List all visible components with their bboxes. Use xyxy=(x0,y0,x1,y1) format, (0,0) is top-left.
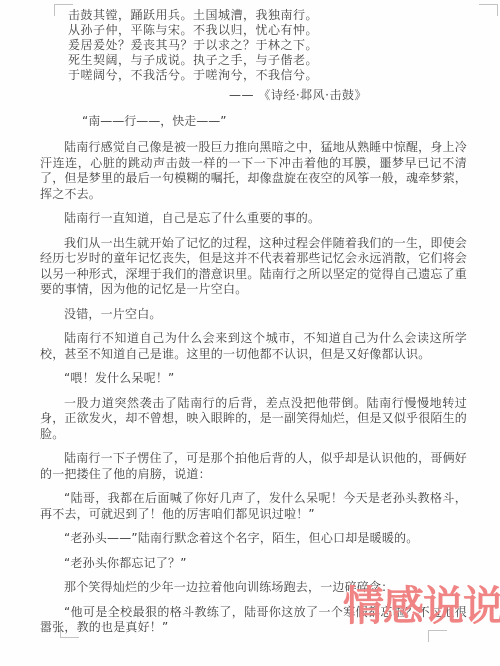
shout-line: “南——行——，快走——” xyxy=(40,114,467,129)
story-paragraph: 陆南行一直知道，自己是忘了什么重要的事的。 xyxy=(40,211,467,227)
story-paragraph: 陆南行感觉自己像是被一股巨力推向黑暗之中，猛地从熟睡中惊醒，身上冷汗连连，心脏的… xyxy=(40,140,467,202)
story-paragraph: 陆南行不知道自己为什么会来到这个城市，不知道自己为什么会读这所学校，甚至不知道自… xyxy=(40,331,467,362)
story-paragraph: 陆南行一下子愣住了，可是那个拍他后背的人，似乎却是认识他的，哥俩好的一把搂住了他… xyxy=(40,451,467,482)
story-body: 陆南行感觉自己像是被一股巨力推向黑暗之中，猛地从熟睡中惊醒，身上冷汗连连，心脏的… xyxy=(40,140,467,636)
document-page: 击鼓其镗，踊跃用兵。土国城漕，我独南行。从孙子仲，平陈与宋。不我以归，忧心有忡。… xyxy=(0,0,500,666)
story-paragraph: “陆哥，我都在后面喊了你好几声了，发什么呆呢！今天是老孙头教格斗，再不去，可就迟… xyxy=(40,491,467,522)
poem-line: 死生契阔，与子成说。执子之手，与子偕老。 xyxy=(68,53,467,68)
story-paragraph: “老孙头你都忘记了？” xyxy=(40,556,467,572)
poem-attribution: —— 《诗经·邶风·击鼓》 xyxy=(40,88,467,103)
story-paragraph: “喂！发什么呆呢！” xyxy=(40,371,467,387)
page-corner-mark-bottom-right xyxy=(428,630,447,642)
page-content: 击鼓其镗，踊跃用兵。土国城漕，我独南行。从孙子仲，平陈与宋。不我以归，忧心有忡。… xyxy=(40,8,467,645)
poem-block: 击鼓其镗，踊跃用兵。土国城漕，我独南行。从孙子仲，平陈与宋。不我以归，忧心有忡。… xyxy=(68,8,467,83)
poem-line: 击鼓其镗，踊跃用兵。土国城漕，我独南行。 xyxy=(68,8,467,23)
poem-line: 于嗟阔兮，不我活兮。于嗟洵兮，不我信兮。 xyxy=(68,68,467,83)
story-paragraph: 没错，一片空白。 xyxy=(40,307,467,323)
story-paragraph: “老孙头——”陆南行默念着这个名字，陌生，但心口却是暖暖的。 xyxy=(40,531,467,547)
watermark-text: 情感说说 xyxy=(343,586,500,627)
poem-line: 爰居爰处？爰丧其马？于以求之？于林之下。 xyxy=(68,38,467,53)
story-paragraph: 我们从一出生就开始了记忆的过程，这种过程会伴随着我们的一生，即使会经历七岁时的童… xyxy=(40,236,467,298)
page-corner-mark-top-right xyxy=(479,4,498,16)
story-paragraph: 一股力道突然袭击了陆南行的后背，差点没把他带倒。陆南行慢慢地转过身，正欲发火，却… xyxy=(40,396,467,443)
poem-line: 从孙子仲，平陈与宋。不我以归，忧心有忡。 xyxy=(68,23,467,38)
